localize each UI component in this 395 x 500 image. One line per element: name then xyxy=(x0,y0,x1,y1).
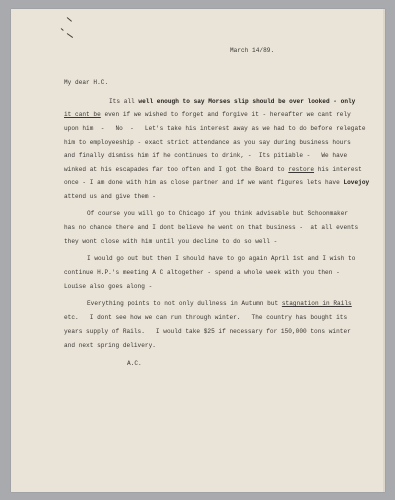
ink-mark xyxy=(67,17,72,22)
paragraph-4-line-4: and next spring delivery. xyxy=(64,342,156,350)
underlined-text: restore xyxy=(288,166,314,173)
paragraph-2-line-1: Of course you will go to Chicago if you … xyxy=(87,210,348,218)
paragraph-1-line-8: attend us and give them - xyxy=(64,193,156,201)
paragraph-3-line-2: continue H.P.'s meeting A C altogether -… xyxy=(64,269,340,277)
ink-mark xyxy=(67,33,73,38)
paragraph-3-line-1: I would go out but then I should have to… xyxy=(87,255,355,263)
signature: A.C. xyxy=(127,360,142,368)
text-fragment: Lovejoy xyxy=(343,179,369,186)
paragraph-1-line-2: it cant be even if we wished to forget a… xyxy=(64,111,351,119)
paragraph-1-line-4: him to employeeship - exact strict atten… xyxy=(64,139,351,147)
paragraph-3-line-3: Louise also goes along - xyxy=(64,283,152,291)
salutation: My dear H.C. xyxy=(64,79,108,87)
underlined-text: it cant be xyxy=(64,111,101,118)
paragraph-1-line-7: once - I am done with him as close partn… xyxy=(64,179,369,187)
paragraph-4-line-3: years supply of Rails. I would take $25 … xyxy=(64,328,351,336)
text-fragment: Its all xyxy=(109,98,138,105)
text-fragment: his interest xyxy=(314,166,362,173)
text-fragment: well enough to say Morses slip should be… xyxy=(138,98,355,105)
paragraph-1-line-6: winked at his escapades far too often an… xyxy=(64,166,362,174)
paragraph-2-line-2: has no chance there and I dont believe h… xyxy=(64,224,358,232)
paragraph-1-line-1: Its all well enough to say Morses slip s… xyxy=(109,98,355,106)
paragraph-1-line-3: upon him - No - Let's take his interest … xyxy=(64,125,366,133)
letter-page: March 14/89. My dear H.C. Its all well e… xyxy=(11,9,385,492)
paragraph-4-line-2: etc. I dont see how we can run through w… xyxy=(64,314,347,322)
text-fragment: Everything points to not only dullness i… xyxy=(87,300,282,307)
paragraph-4-line-1: Everything points to not only dullness i… xyxy=(87,300,352,308)
paper-edge xyxy=(383,9,385,492)
text-fragment: once - I am done with him as close partn… xyxy=(64,179,343,186)
date-line: March 14/89. xyxy=(230,47,274,55)
paragraph-1-line-5: and finally dismiss him if he continues … xyxy=(64,152,347,160)
underlined-text: stagnation in Rails xyxy=(282,300,352,307)
text-fragment: even if we wished to forget and forgive … xyxy=(101,111,351,118)
paragraph-2-line-3: they wont close with him until you decli… xyxy=(64,238,277,246)
text-fragment: winked at his escapades far too often an… xyxy=(64,166,288,173)
ink-mark xyxy=(61,28,64,31)
